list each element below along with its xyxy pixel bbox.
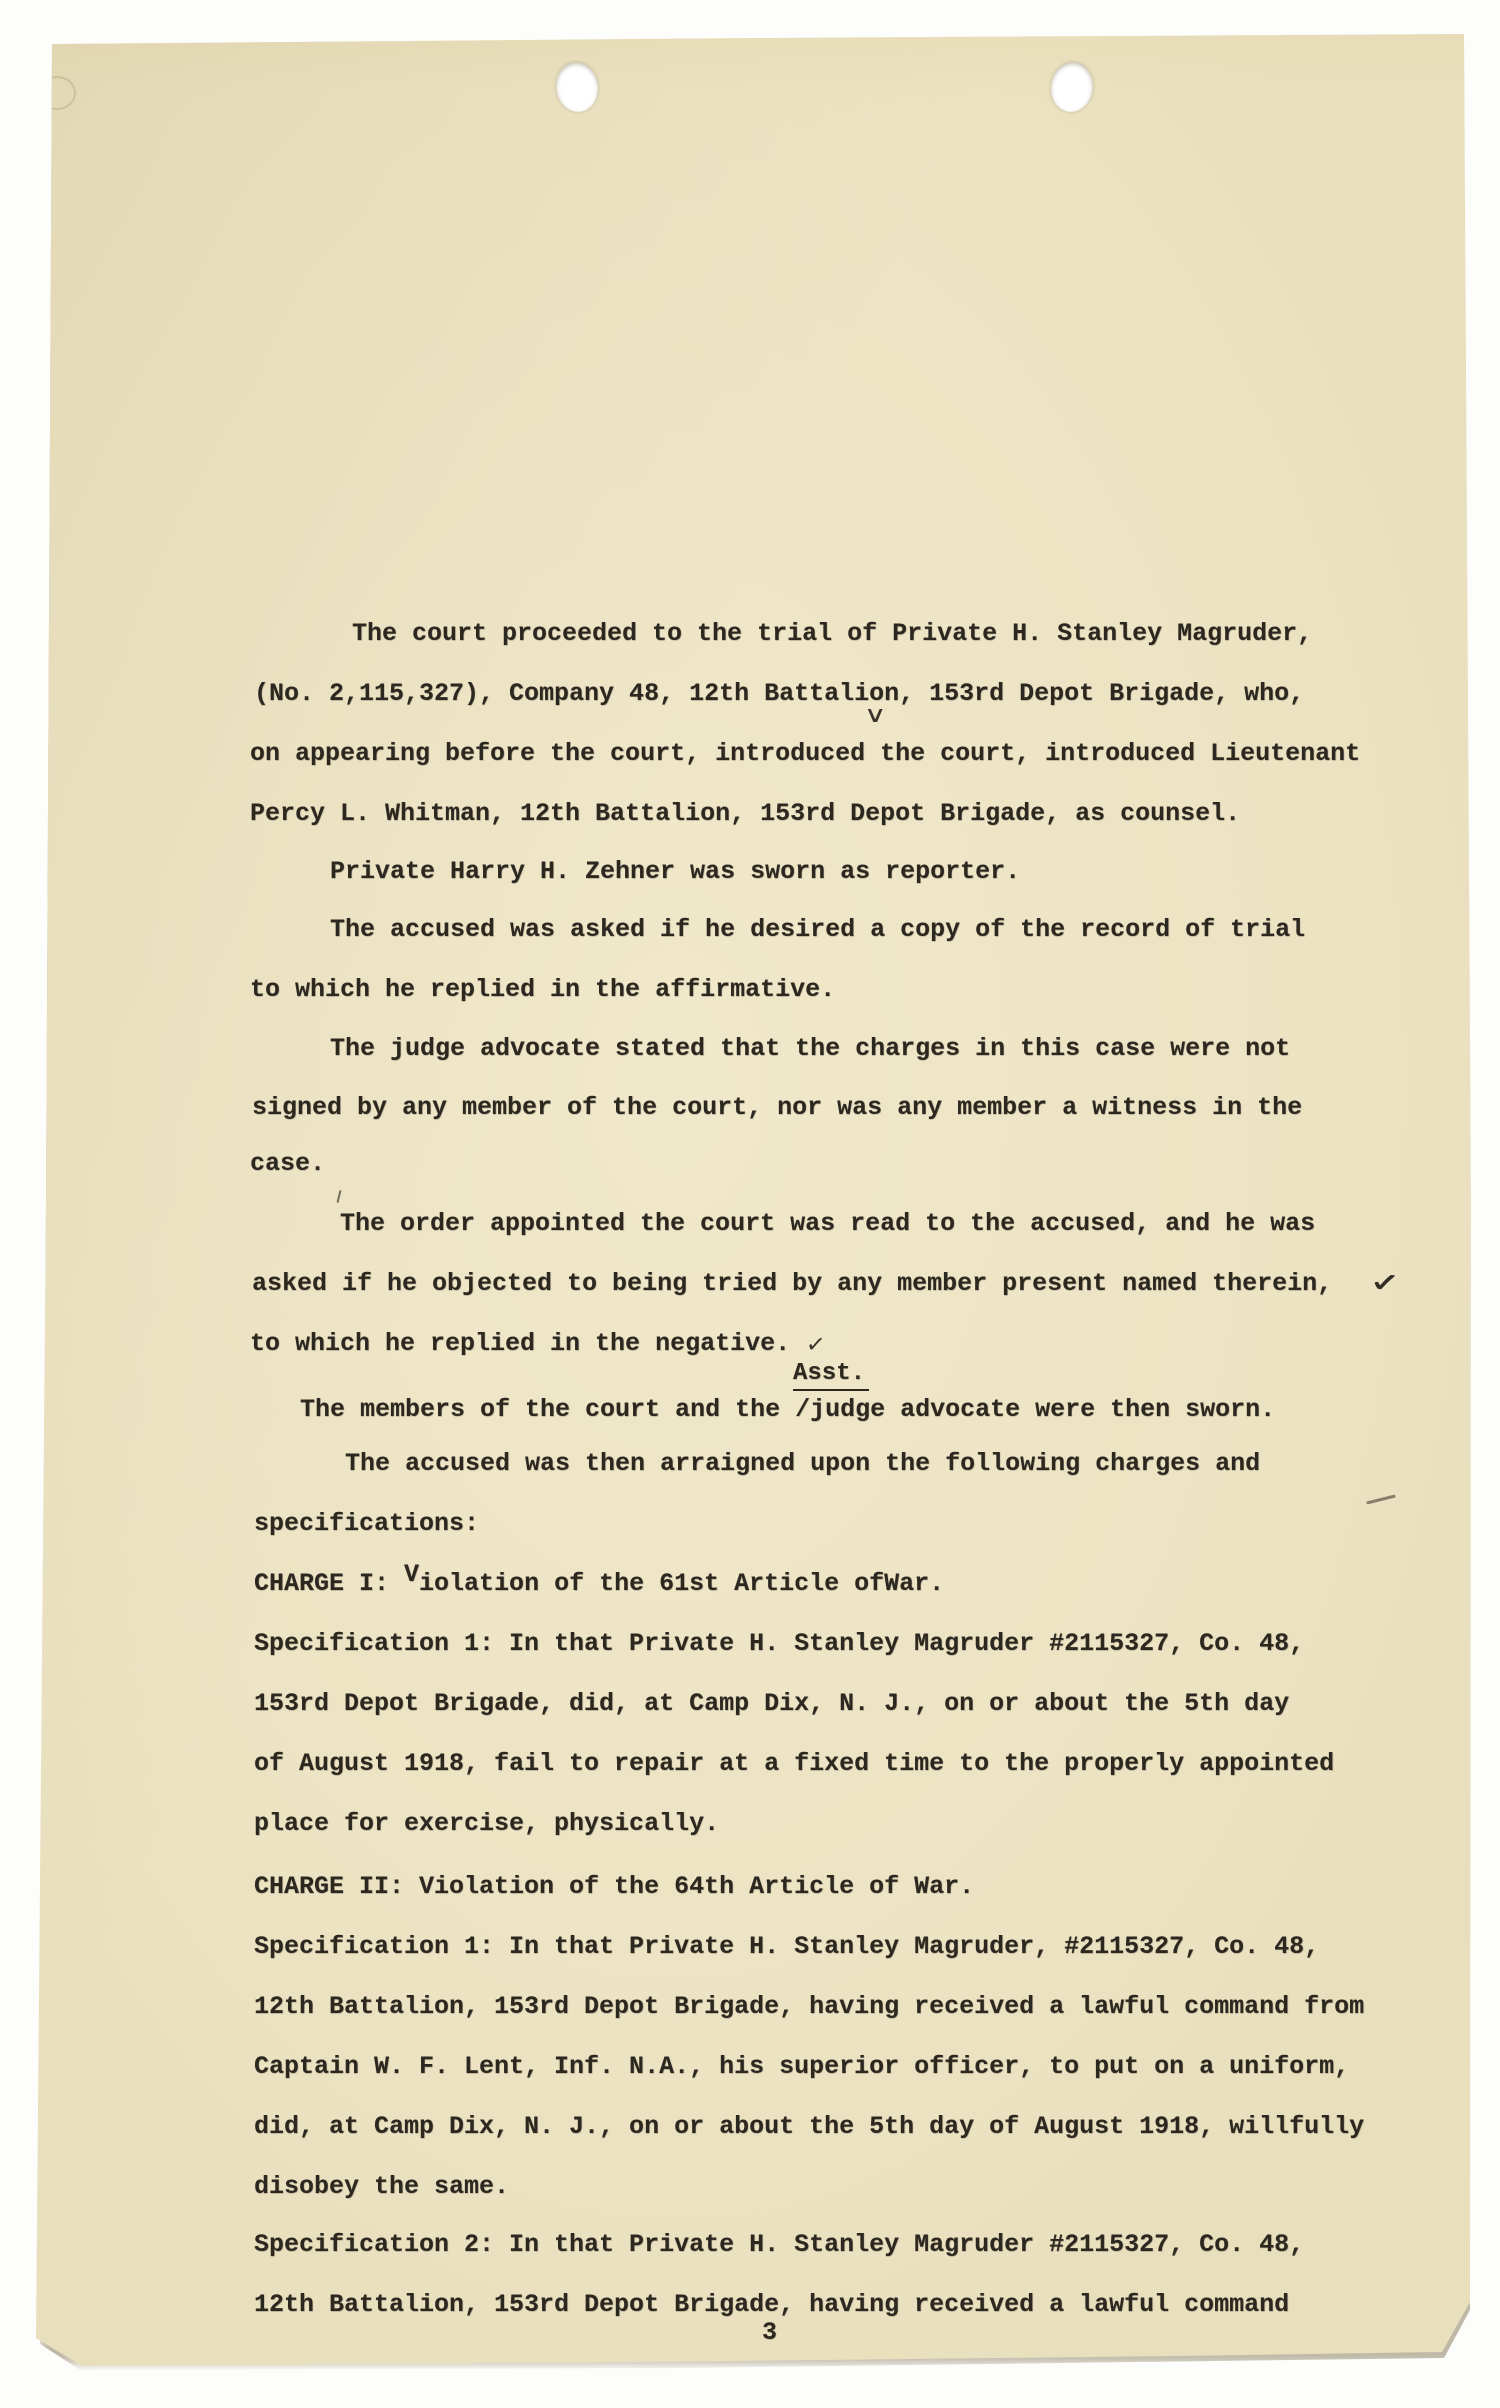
typed-line: place for exercise, physically. [254, 1807, 719, 1841]
asst-checkmark-icon: ✓ [805, 1331, 827, 1359]
typed-line: of August 1918, fail to repair at a fixe… [254, 1747, 1334, 1781]
asst-insertion-label: Asst. [793, 1360, 869, 1391]
typed-line: did, at Camp Dix, N. J., on or about the… [254, 2110, 1364, 2144]
typed-line: disobey the same. [254, 2170, 509, 2204]
typed-line: on appearing before the court, introduce… [250, 737, 1360, 771]
scanned-document-page: { "page": { "number": "3", "paper_color"… [0, 0, 1500, 2408]
typed-line: to which he replied in the negative. [250, 1327, 790, 1361]
punch-hole-right [1048, 59, 1097, 114]
typed-line: 153rd Depot Brigade, did, at Camp Dix, N… [254, 1687, 1289, 1721]
insertion-caret-icon: ∨ [864, 701, 887, 727]
margin-checkmark-icon: ✓ [1366, 1261, 1405, 1304]
typed-line: Specification 2: In that Private H. Stan… [254, 2228, 1304, 2262]
stray-tick-mark [336, 1190, 341, 1203]
typed-line: asked if he objected to being tried by a… [252, 1267, 1332, 1301]
typed-line: Captain W. F. Lent, Inf. N.A., his super… [254, 2050, 1349, 2084]
typed-line: Specification 1: In that Private H. Stan… [254, 1627, 1304, 1661]
charge-2-line: CHARGE II: Violation of the 64th Article… [254, 1870, 974, 1904]
typed-line: 12th Battalion, 153rd Depot Brigade, hav… [254, 1990, 1364, 2024]
typed-line: The accused was then arraigned upon the … [345, 1447, 1260, 1481]
typed-line: signed by any member of the court, nor w… [252, 1091, 1302, 1125]
typed-line: specifications: [254, 1507, 479, 1541]
typed-line: case. [250, 1147, 325, 1181]
charge-1-line: CHARGE I: Violation of the 61st Article … [254, 1567, 944, 1601]
typed-line: The order appointed the court was read t… [340, 1207, 1315, 1241]
typed-line: to which he replied in the affirmative. [250, 973, 835, 1007]
typed-line: The court proceeded to the trial of Priv… [352, 617, 1312, 651]
typed-line: The accused was asked if he desired a co… [330, 913, 1305, 947]
paper-sheet: The court proceeded to the trial of Priv… [0, 0, 1500, 2408]
punch-hole-left [553, 59, 602, 114]
fastener-ring-impression [38, 76, 76, 110]
typed-line: The judge advocate stated that the charg… [330, 1032, 1290, 1066]
pencil-dash-mark [1366, 1494, 1396, 1504]
typed-line: Private Harry H. Zehner was sworn as rep… [330, 855, 1020, 889]
typed-line: The members of the court and the /judge … [300, 1393, 1275, 1427]
typed-line: Percy L. Whitman, 12th Battalion, 153rd … [250, 797, 1240, 831]
typed-line: (No. 2,115,327), Company 48, 12th Battal… [254, 677, 1304, 711]
page-number: 3 [762, 2316, 778, 2350]
typed-line: Specification 1: In that Private H. Stan… [254, 1930, 1319, 1964]
